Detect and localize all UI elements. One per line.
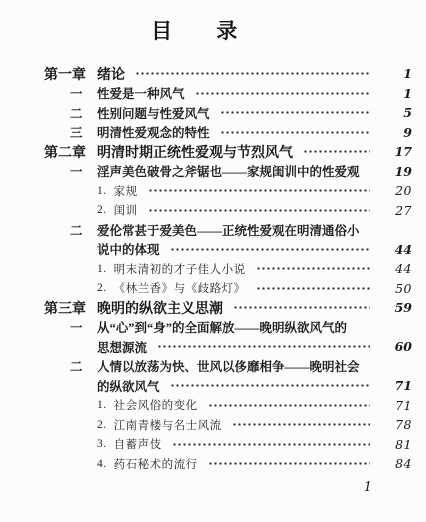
section-marker: 二 bbox=[70, 104, 97, 122]
entry-title: 爱伦常甚于爱美色——正统性爱观在明清通俗小 bbox=[97, 221, 360, 239]
page-number: 1 bbox=[378, 66, 412, 81]
item-number: 1. bbox=[97, 185, 107, 197]
entry-title: 江南青楼与名士风流 bbox=[114, 417, 222, 433]
toc-entry: 2.《林兰香》与《歧路灯》50 bbox=[0, 279, 426, 299]
section-marker: 一 bbox=[70, 318, 97, 336]
toc-entry: 思想源流60 bbox=[0, 337, 426, 357]
page-number: 20 bbox=[378, 183, 412, 198]
item-number: 1. bbox=[97, 399, 107, 411]
toc-entry: 二性别问题与性爱风气5 bbox=[0, 103, 426, 123]
page-number: 44 bbox=[378, 261, 412, 276]
page-number: 1 bbox=[378, 86, 412, 101]
dot-leader bbox=[172, 443, 370, 446]
toc-entry: 第一章绪论1 bbox=[0, 64, 426, 84]
entry-title: 淫声美色破骨之斧锯也——家规闺训中的性爱观 bbox=[97, 162, 360, 180]
page-number: 5 bbox=[378, 105, 412, 120]
toc-entry: 4.药石秘术的流行84 bbox=[0, 454, 426, 474]
dot-leader bbox=[208, 462, 370, 465]
chapter-label: 第一章 bbox=[44, 64, 86, 84]
section-marker: 三 bbox=[70, 123, 97, 141]
dot-leader bbox=[256, 287, 370, 290]
entry-title: 《林兰香》与《歧路灯》 bbox=[114, 280, 246, 296]
toc-entry: 1.社会风俗的变化71 bbox=[0, 396, 426, 416]
toc-entry: 第三章晚明的纵欲主义思潮59 bbox=[0, 298, 426, 318]
entry-title: 性爱是一种风气 bbox=[97, 84, 185, 102]
entry-title: 说中的体现 bbox=[97, 240, 160, 258]
scanned-toc-page: 目 录 第一章绪论1一性爱是一种风气1二性别问题与性爱风气5三明清性爱观念的特性… bbox=[0, 0, 426, 522]
toc-list: 第一章绪论1一性爱是一种风气1二性别问题与性爱风气5三明清性爱观念的特性9第二章… bbox=[0, 64, 426, 474]
toc-entry: 2.闺训27 bbox=[0, 201, 426, 221]
page-number: 50 bbox=[378, 281, 412, 296]
page-number: 19 bbox=[378, 164, 412, 179]
entry-title: 闺训 bbox=[114, 202, 138, 218]
page-number: 71 bbox=[378, 378, 412, 393]
item-number: 4. bbox=[97, 458, 107, 470]
dot-leader bbox=[232, 423, 370, 426]
page-number: 71 bbox=[378, 398, 412, 413]
chapter-label: 第二章 bbox=[44, 142, 86, 162]
page-number: 9 bbox=[378, 125, 412, 140]
folio-page-number: 1 bbox=[364, 480, 372, 495]
page-number: 59 bbox=[378, 300, 412, 315]
toc-entry: 2.江南青楼与名士风流78 bbox=[0, 415, 426, 435]
item-number: 2. bbox=[97, 204, 107, 216]
entry-title: 人情以放荡为快、世风以侈靡相争——晚明社会 bbox=[97, 357, 360, 375]
chapter-label: 第三章 bbox=[44, 298, 86, 318]
toc-entry: 3.自蓄声伎81 bbox=[0, 435, 426, 455]
toc-entry: 1.明末清初的才子佳人小说44 bbox=[0, 259, 426, 279]
toc-entry: 一性爱是一种风气1 bbox=[0, 84, 426, 104]
item-number: 2. bbox=[97, 419, 107, 431]
entry-title: 家规 bbox=[114, 183, 138, 199]
toc-entry: 1.家规20 bbox=[0, 181, 426, 201]
dot-leader bbox=[135, 72, 370, 75]
dot-leader bbox=[157, 345, 370, 348]
toc-entry: 说中的体现44 bbox=[0, 240, 426, 260]
entry-title: 明末清初的才子佳人小说 bbox=[114, 261, 246, 277]
toc-entry: 二爱伦常甚于爱美色——正统性爱观在明清通俗小 bbox=[0, 220, 426, 240]
section-marker: 一 bbox=[70, 162, 97, 180]
page-number: 44 bbox=[378, 242, 412, 257]
dot-leader bbox=[195, 92, 370, 95]
page-title: 目 录 bbox=[0, 15, 426, 47]
dot-leader bbox=[148, 209, 370, 212]
toc-entry: 一从“心”到“身”的全面解放——晚明纵欲风气的 bbox=[0, 318, 426, 338]
page-number: 81 bbox=[378, 437, 412, 452]
toc-entry: 的纵欲风气71 bbox=[0, 376, 426, 396]
entry-title: 明清时期正统性爱观与节烈风气 bbox=[97, 142, 293, 162]
dot-leader bbox=[256, 267, 370, 270]
section-marker: 一 bbox=[70, 84, 97, 102]
dot-leader bbox=[148, 189, 370, 192]
entry-title: 明清性爱观念的特性 bbox=[97, 123, 210, 141]
toc-entry: 二人情以放荡为快、世风以侈靡相争——晚明社会 bbox=[0, 357, 426, 377]
dot-leader bbox=[220, 131, 370, 134]
entry-title: 社会风俗的变化 bbox=[114, 397, 198, 413]
dot-leader bbox=[233, 306, 370, 309]
dot-leader bbox=[208, 404, 370, 407]
item-number: 3. bbox=[97, 438, 107, 450]
item-number: 2. bbox=[97, 282, 107, 294]
item-number: 1. bbox=[97, 263, 107, 275]
section-marker: 二 bbox=[70, 357, 97, 375]
entry-title: 思想源流 bbox=[97, 338, 147, 356]
dot-leader bbox=[170, 248, 370, 251]
entry-title: 药石秘术的流行 bbox=[114, 456, 198, 472]
page-number: 84 bbox=[378, 456, 412, 471]
page-number: 60 bbox=[378, 339, 412, 354]
toc-entry: 一淫声美色破骨之斧锯也——家规闺训中的性爱观19 bbox=[0, 162, 426, 182]
entry-title: 绪论 bbox=[97, 64, 125, 84]
page-number: 17 bbox=[378, 144, 412, 159]
entry-title: 自蓄声伎 bbox=[114, 436, 162, 452]
page-number: 78 bbox=[378, 417, 412, 432]
page-number: 27 bbox=[378, 203, 412, 218]
dot-leader bbox=[170, 384, 370, 387]
section-marker: 二 bbox=[70, 221, 97, 239]
entry-title: 的纵欲风气 bbox=[97, 377, 160, 395]
toc-entry: 第二章明清时期正统性爱观与节烈风气17 bbox=[0, 142, 426, 162]
entry-title: 晚明的纵欲主义思潮 bbox=[97, 298, 223, 318]
entry-title: 从“心”到“身”的全面解放——晚明纵欲风气的 bbox=[97, 318, 347, 336]
dot-leader bbox=[220, 111, 370, 114]
toc-entry: 三明清性爱观念的特性9 bbox=[0, 123, 426, 143]
dot-leader bbox=[303, 150, 370, 153]
entry-title: 性别问题与性爱风气 bbox=[97, 104, 210, 122]
